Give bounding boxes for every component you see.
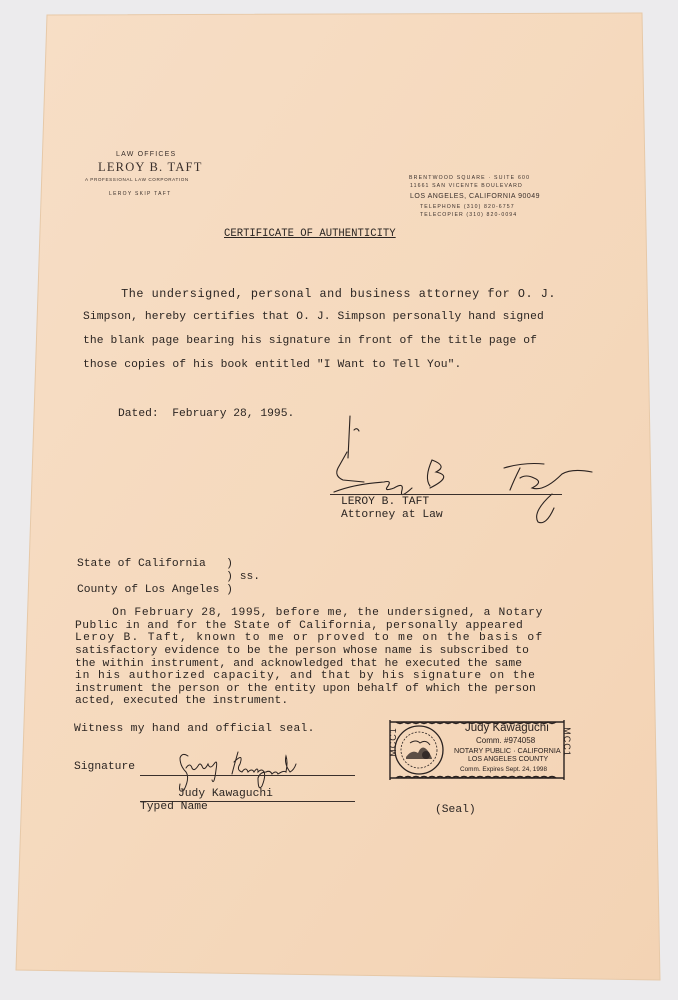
ack-line-8: acted, executed the instrument. [75,695,288,708]
venue-ss: ) ss. [77,571,260,583]
dated-line: Dated: February 28, 1995. [118,408,294,420]
attorney-title: Attorney at Law [341,509,443,521]
letterhead-partner: LEROY SKIP TAFT [109,191,171,197]
attorney-name: LEROY B. TAFT [341,496,429,508]
body-line-4: those copies of his book entitled "I Wan… [83,359,461,371]
ack-line-2: Public in and for the State of Californi… [75,620,523,633]
letterhead-telephone: TELEPHONE (310) 820-6757 [420,204,515,210]
body-line-3: the blank page bearing his signature in … [83,335,537,347]
ack-line-1: On February 28, 1995, before me, the und… [75,607,543,620]
stamp-notary-name: Judy Kawaguchi [465,722,549,734]
stamp-commission-number: Comm. #974058 [476,736,535,745]
venue-state: State of California ) [77,558,233,570]
typed-name: Judy Kawaguchi [178,788,273,800]
letterhead-subtitle: A PROFESSIONAL LAW CORPORATION [85,177,189,182]
stamp-side-code-right: MCC1 [562,727,572,757]
letterhead-city: LOS ANGELES, CALIFORNIA 90049 [410,193,540,200]
typed-name-label: Typed Name [140,801,208,813]
certificate-paper: LAW OFFICES LEROY B. TAFT A PROFESSIONAL… [0,0,678,1000]
letterhead-telecopier: TELECOPIER (310) 820-0094 [420,212,517,218]
ack-line-5: the within instrument, and acknowledged … [75,658,522,671]
seal-label: (Seal) [435,804,476,816]
letterhead-law-offices: LAW OFFICES [116,151,176,158]
ack-line-3: Leroy B. Taft, known to me or proved to … [75,632,544,645]
document-title: CERTIFICATE OF AUTHENTICITY [224,228,396,240]
letterhead-address-2: 11661 SAN VICENTE BOULEVARD [410,183,523,189]
california-state-seal-icon [395,726,443,774]
notary-signature-line [140,775,355,776]
venue-county: County of Los Angeles ) [77,584,233,596]
attorney-signature-line [330,494,562,495]
ack-line-6: in his authorized capacity, and that by … [75,670,536,683]
ack-line-4: satisfactory evidence to be the person w… [75,645,529,658]
letterhead-address-1: BRENTWOOD SQUARE · SUITE 600 [409,175,530,181]
letterhead-firm-name: LEROY B. TAFT [98,160,203,175]
stamp-county: LOS ANGELES COUNTY [468,756,548,763]
stamp-notary-title: NOTARY PUBLIC · CALIFORNIA [454,746,561,755]
body-line-1: The undersigned, personal and business a… [83,287,556,301]
signature-label: Signature [74,761,135,773]
stamp-expiration: Comm. Expires Sept. 24, 1998 [460,766,547,773]
ack-line-7: instrument the person or the entity upon… [75,683,536,696]
witness-statement: Witness my hand and official seal. [74,723,315,735]
notary-stamp: MCC1 MCC1 Judy Kawaguchi Comm. #974058 N… [386,719,568,781]
body-line-2: Simpson, hereby certifies that O. J. Sim… [83,311,544,323]
stamp-side-code-left: MCC1 [388,727,398,757]
